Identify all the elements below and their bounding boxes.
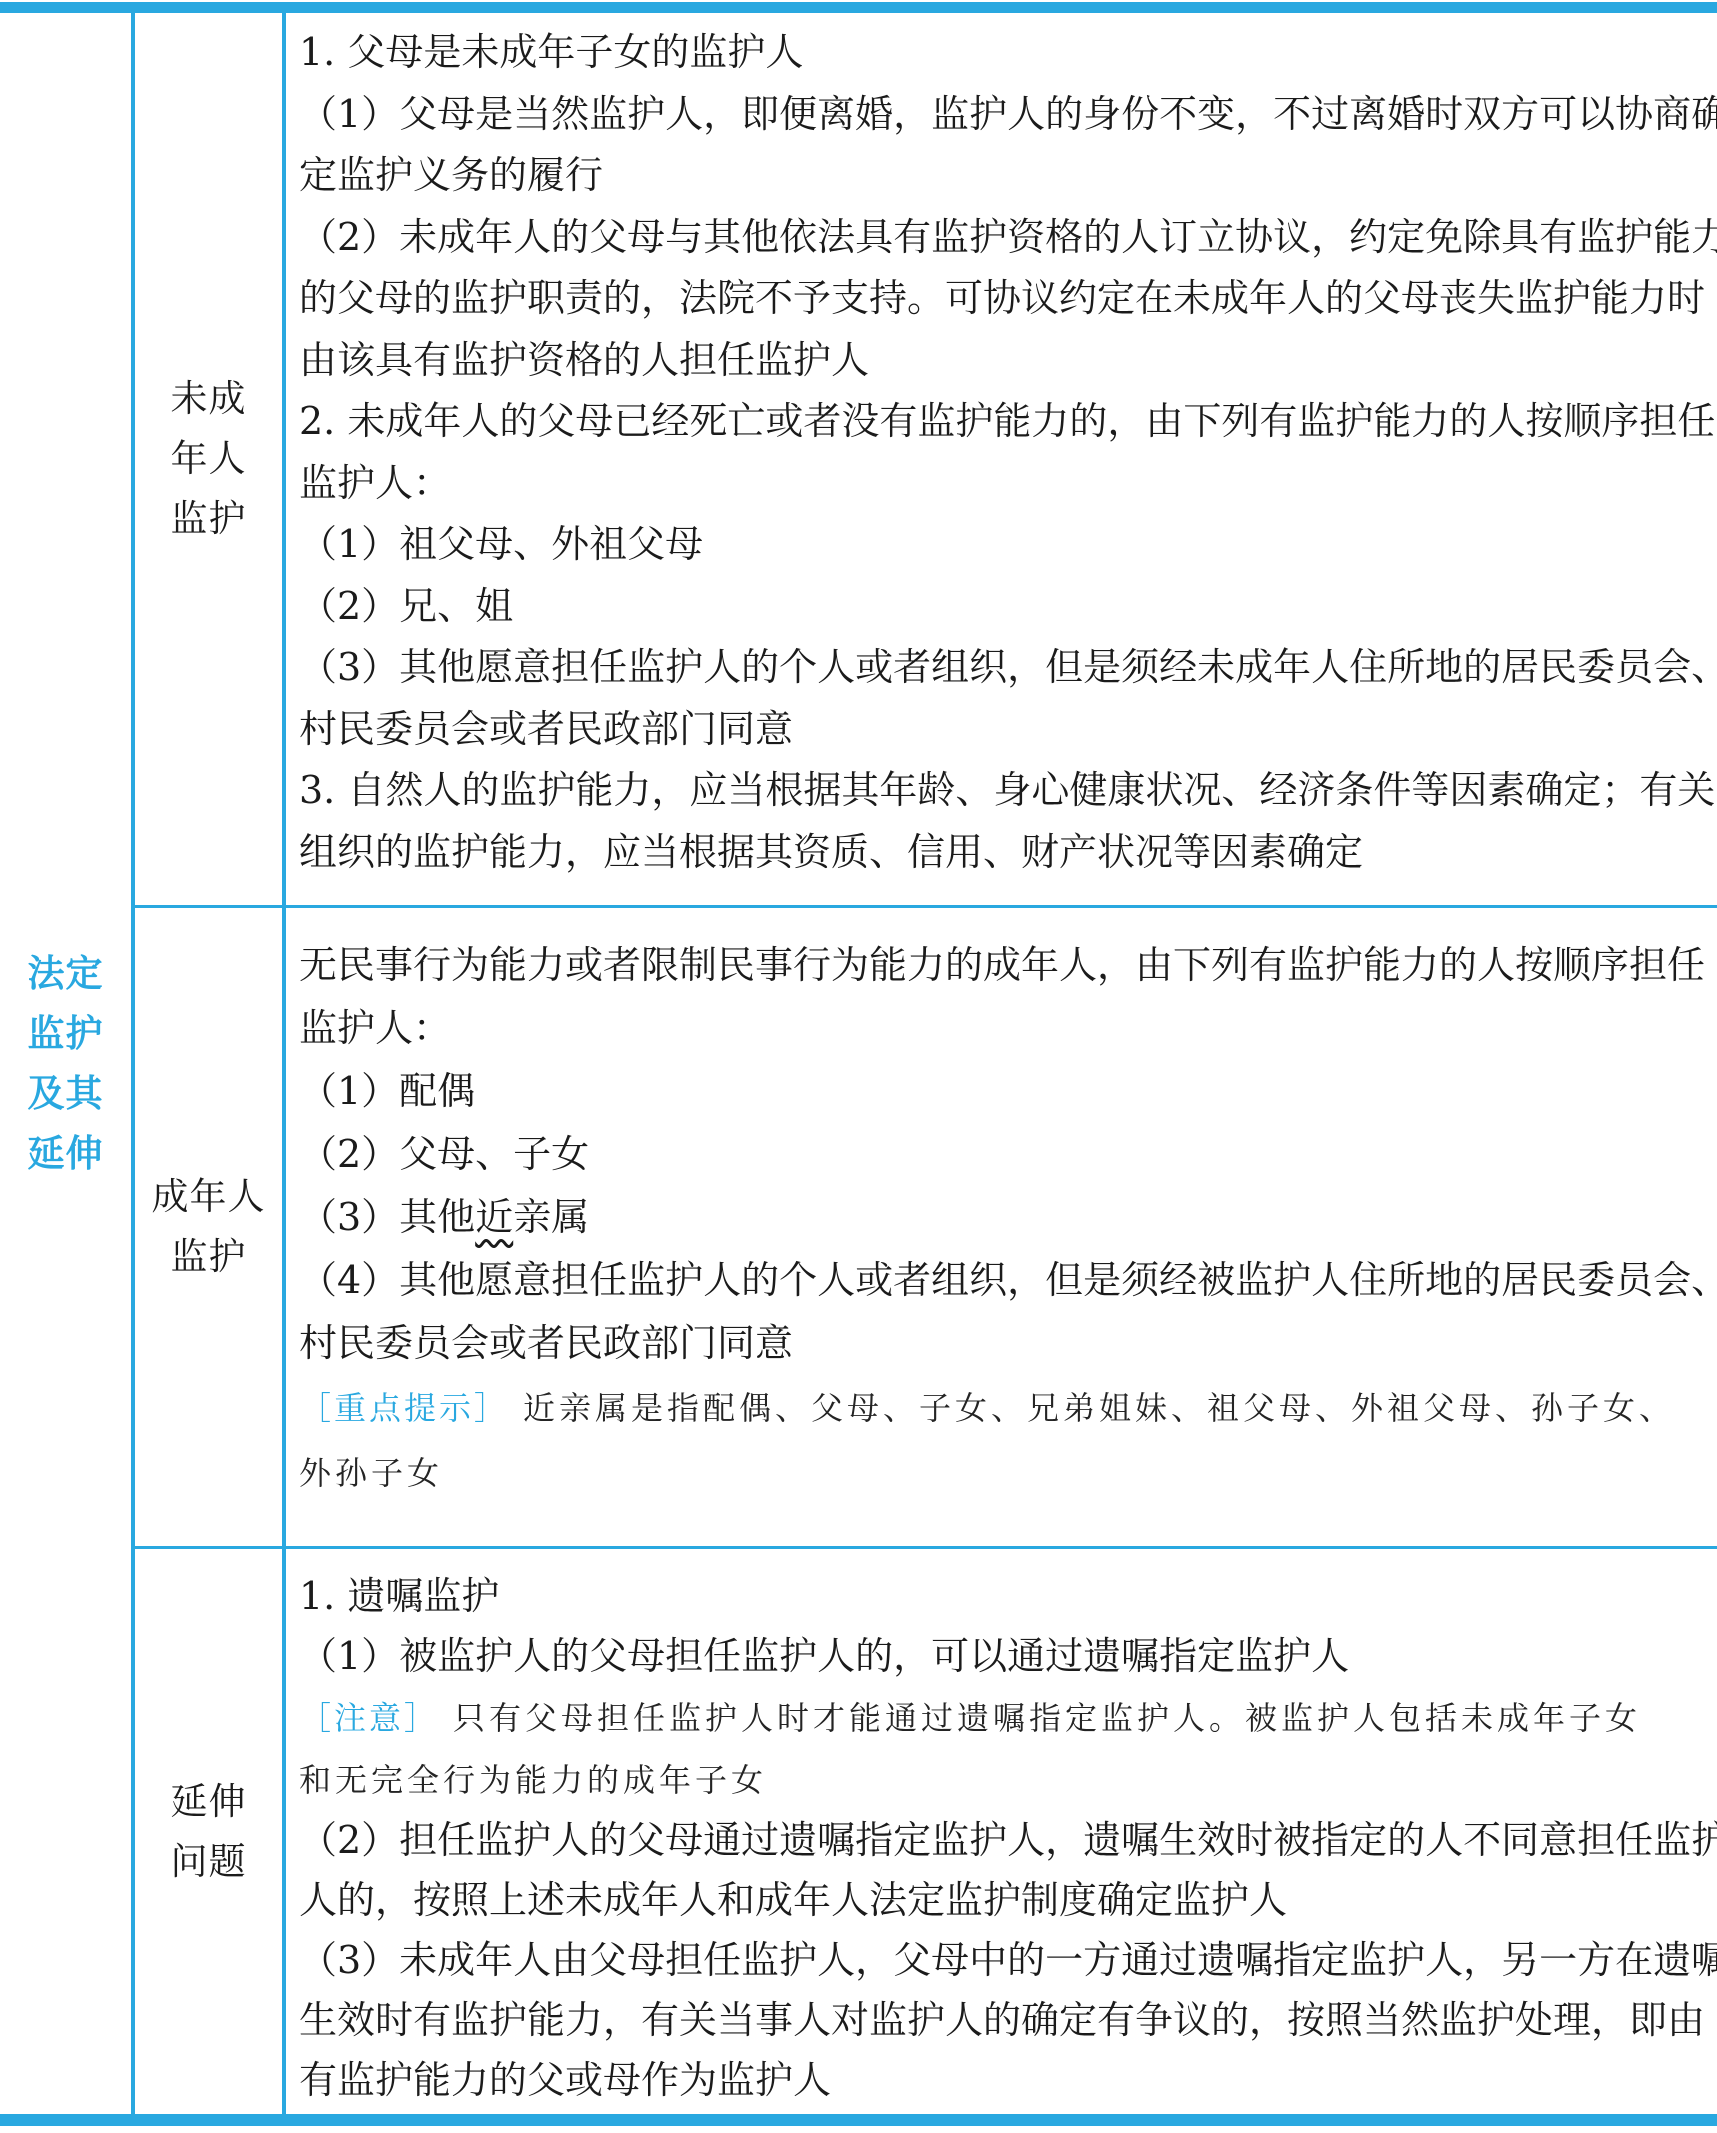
text-segment: 3. 自然人的监护能力，应当根据其年龄、身心健康状况、经济条件等因素确定；有关 bbox=[299, 768, 1715, 812]
content-line: （1）配偶 bbox=[299, 1060, 1711, 1123]
row-label-line: 成年人 bbox=[152, 1167, 266, 1227]
table-top-border bbox=[0, 2, 1717, 13]
content-line: 无民事行为能力或者限制民事行为能力的成年人，由下列有监护能力的人按顺序担任 bbox=[299, 934, 1711, 997]
content-line: （3）其他愿意担任监护人的个人或者组织，但是须经未成年人住所地的居民委员会、 bbox=[299, 637, 1711, 699]
text-segment: 亲属 bbox=[513, 1195, 589, 1239]
text-segment: 无民事行为能力或者限制民事行为能力的成年人，由下列有监护能力的人按顺序担任 bbox=[299, 943, 1705, 987]
spanning-label-line: 延伸 bbox=[28, 1124, 104, 1184]
content-line: 的父母的监护职责的，法院不予支持。可协议约定在未成年人的父母丧失监护能力时 bbox=[299, 268, 1711, 330]
text-segment: 人的，按照上述未成年人和成年人法定监护制度确定监护人 bbox=[299, 1878, 1287, 1922]
text-segment: （2）兄、姐 bbox=[299, 584, 513, 628]
content-line: （1）被监护人的父母担任监护人的，可以通过遗嘱指定监护人 bbox=[299, 1626, 1711, 1686]
row-label-line: 监护 bbox=[171, 489, 247, 549]
text-segment: 村民委员会或者民政部门同意 bbox=[299, 707, 793, 751]
row-label-line: 监护 bbox=[171, 1227, 247, 1287]
content-line: 有监护能力的父或母作为监护人 bbox=[299, 2050, 1711, 2110]
content-line: （2）兄、姐 bbox=[299, 576, 1711, 638]
text-segment: （2）父母、子女 bbox=[299, 1132, 589, 1176]
content-line: （2）父母、子女 bbox=[299, 1123, 1711, 1186]
content-line: （3）其他近亲属 bbox=[299, 1186, 1711, 1249]
text-segment: （3）其他 bbox=[299, 1195, 475, 1239]
text-segment: 监护人： bbox=[299, 461, 451, 505]
text-segment: 的父母的监护职责的，法院不予支持。可协议约定在未成年人的父母丧失监护能力时 bbox=[299, 276, 1705, 320]
text-segment: 只有父母担任监护人时才能通过遗嘱指定监护人。被监护人包括未成年子女 bbox=[453, 1699, 1641, 1737]
text-segment: 近亲属是指配偶、父母、子女、兄弟姐妹、祖父母、外祖父母、孙子女、 bbox=[523, 1389, 1675, 1427]
content-line: 和无完全行为能力的成年子女 bbox=[299, 1748, 1711, 1810]
row-label-minor-guardianship: 未成年人监护 bbox=[135, 13, 282, 905]
content-cell-adult-guardianship: 无民事行为能力或者限制民事行为能力的成年人，由下列有监护能力的人按顺序担任监护人… bbox=[286, 908, 1711, 1546]
text-segment: （3）未成年人由父母担任监护人，父母中的一方通过遗嘱指定监护人，另一方在遗嘱 bbox=[299, 1938, 1717, 1982]
content-line: （1）祖父母、外祖父母 bbox=[299, 514, 1711, 576]
row-label-line: 延伸 bbox=[171, 1772, 247, 1832]
content-line: 由该具有监护资格的人担任监护人 bbox=[299, 330, 1711, 392]
content-line: 组织的监护能力，应当根据其资质、信用、财产状况等因素确定 bbox=[299, 822, 1711, 884]
content-line: 村民委员会或者民政部门同意 bbox=[299, 699, 1711, 761]
row-label-adult-guardianship: 成年人监护 bbox=[135, 908, 282, 1546]
text-segment: 和无完全行为能力的成年子女 bbox=[299, 1761, 767, 1799]
text-segment: 定监护义务的履行 bbox=[299, 153, 603, 197]
row-label-line: 问题 bbox=[171, 1832, 247, 1892]
content-line: （3）未成年人由父母担任监护人，父母中的一方通过遗嘱指定监护人，另一方在遗嘱 bbox=[299, 1930, 1711, 1990]
content-line: 外孙子女 bbox=[299, 1440, 1711, 1505]
content-cell-extended-issues: 1. 遗嘱监护（1）被监护人的父母担任监护人的，可以通过遗嘱指定监护人［注意］只… bbox=[286, 1549, 1711, 2114]
text-segment: （1）配偶 bbox=[299, 1069, 475, 1113]
content-line: （2）未成年人的父母与其他依法具有监护资格的人订立协议，约定免除具有监护能力 bbox=[299, 207, 1711, 269]
row-label-line: 未成 bbox=[171, 369, 247, 429]
content-line: 生效时有监护能力，有关当事人对监护人的确定有争议的，按照当然监护处理，即由 bbox=[299, 1990, 1711, 2050]
text-segment: （2）担任监护人的父母通过遗嘱指定监护人，遗嘱生效时被指定的人不同意担任监护 bbox=[299, 1818, 1717, 1862]
text-segment: 监护人： bbox=[299, 1006, 451, 1050]
text-segment: 外孙子女 bbox=[299, 1454, 443, 1492]
text-segment: 有监护能力的父或母作为监护人 bbox=[299, 2058, 831, 2102]
content-line: （1）父母是当然监护人，即便离婚，监护人的身份不变，不过离婚时双方可以协商确 bbox=[299, 84, 1711, 146]
text-segment: 村民委员会或者民政部门同意 bbox=[299, 1321, 793, 1365]
text-segment: 近 bbox=[475, 1195, 513, 1239]
content-line: 1. 父母是未成年子女的监护人 bbox=[299, 22, 1711, 84]
text-segment: （1）父母是当然监护人，即便离婚，监护人的身份不变，不过离婚时双方可以协商确 bbox=[299, 92, 1717, 136]
content-cell-minor-guardianship: 1. 父母是未成年子女的监护人（1）父母是当然监护人，即便离婚，监护人的身份不变… bbox=[286, 13, 1711, 905]
content-line: 监护人： bbox=[299, 997, 1711, 1060]
spanning-label-line: 监护 bbox=[28, 1004, 104, 1064]
content-line: 3. 自然人的监护能力，应当根据其年龄、身心健康状况、经济条件等因素确定；有关 bbox=[299, 760, 1711, 822]
text-segment: （3）其他愿意担任监护人的个人或者组织，但是须经未成年人住所地的居民委员会、 bbox=[299, 645, 1717, 689]
spanning-label-line: 及其 bbox=[28, 1064, 104, 1124]
table-bottom-border bbox=[0, 2114, 1717, 2126]
text-segment: 由该具有监护资格的人担任监护人 bbox=[299, 338, 869, 382]
spanning-category-label: 法定监护及其延伸 bbox=[0, 13, 131, 2114]
content-line: 2. 未成年人的父母已经死亡或者没有监护能力的，由下列有监护能力的人按顺序担任 bbox=[299, 391, 1711, 453]
text-segment: 生效时有监护能力，有关当事人对监护人的确定有争议的，按照当然监护处理，即由 bbox=[299, 1998, 1705, 2042]
spanning-label-line: 法定 bbox=[28, 944, 104, 1004]
row-label-extended-issues: 延伸问题 bbox=[135, 1549, 282, 2114]
content-line: （4）其他愿意担任监护人的个人或者组织，但是须经被监护人住所地的居民委员会、 bbox=[299, 1249, 1711, 1312]
content-line: ［注意］只有父母担任监护人时才能通过遗嘱指定监护人。被监护人包括未成年子女 bbox=[299, 1686, 1711, 1748]
text-segment: 1. 遗嘱监护 bbox=[299, 1574, 499, 1618]
content-line: 监护人： bbox=[299, 453, 1711, 515]
content-line: 村民委员会或者民政部门同意 bbox=[299, 1312, 1711, 1375]
blue-tag-label: ［注意］ bbox=[299, 1699, 439, 1737]
text-segment: 2. 未成年人的父母已经死亡或者没有监护能力的，由下列有监护能力的人按顺序担任 bbox=[299, 399, 1715, 443]
text-segment: （1）被监护人的父母担任监护人的，可以通过遗嘱指定监护人 bbox=[299, 1634, 1349, 1678]
text-segment: （1）祖父母、外祖父母 bbox=[299, 522, 703, 566]
content-line: （2）担任监护人的父母通过遗嘱指定监护人，遗嘱生效时被指定的人不同意担任监护 bbox=[299, 1810, 1711, 1870]
text-segment: （2）未成年人的父母与其他依法具有监护资格的人订立协议，约定免除具有监护能力 bbox=[299, 215, 1717, 259]
content-line: ［重点提示］近亲属是指配偶、父母、子女、兄弟姐妹、祖父母、外祖父母、孙子女、 bbox=[299, 1375, 1711, 1440]
content-line: 人的，按照上述未成年人和成年人法定监护制度确定监护人 bbox=[299, 1870, 1711, 1930]
content-line: 1. 遗嘱监护 bbox=[299, 1566, 1711, 1626]
row-label-line: 年人 bbox=[171, 429, 247, 489]
content-line: 定监护义务的履行 bbox=[299, 145, 1711, 207]
text-segment: （4）其他愿意担任监护人的个人或者组织，但是须经被监护人住所地的居民委员会、 bbox=[299, 1258, 1717, 1302]
text-segment: 组织的监护能力，应当根据其资质、信用、财产状况等因素确定 bbox=[299, 830, 1363, 874]
text-segment: 1. 父母是未成年子女的监护人 bbox=[299, 30, 803, 74]
blue-tag-label: ［重点提示］ bbox=[299, 1389, 509, 1427]
